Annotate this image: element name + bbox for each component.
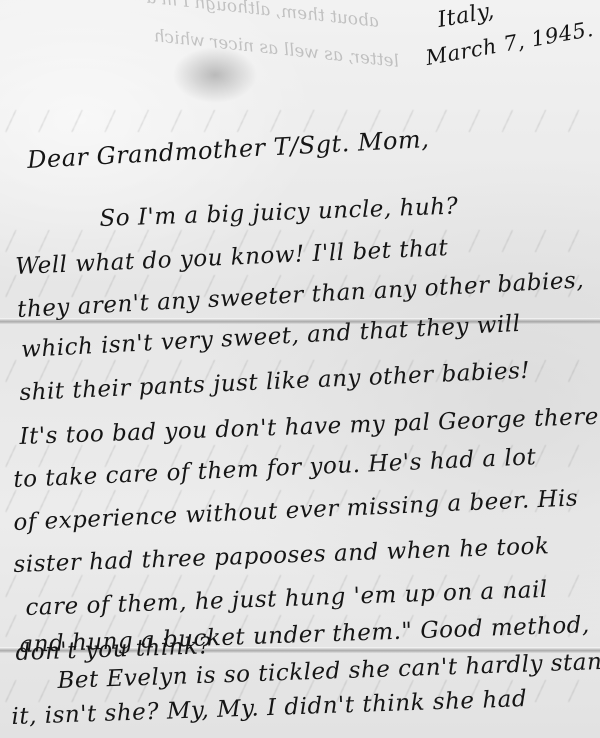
letter-line: sister had three papooses and when he to…	[13, 533, 550, 578]
letter-place: Italy,	[436, 0, 497, 33]
letter-line: It's too bad you don't have my pal Georg…	[19, 404, 599, 450]
letter-line: shit their pants just like any other bab…	[19, 358, 531, 406]
letter-line: care of them, he just hung 'em up on a n…	[25, 577, 548, 621]
letter-line: don't you think?	[15, 633, 212, 666]
bleed-through-text: about them, although I'm a	[145, 0, 380, 32]
letter-line: Well what do you know! I'll bet that	[15, 235, 449, 280]
bleed-through-strokes	[0, 110, 600, 132]
letter-line: to take care of them for you. He's had a…	[13, 444, 537, 493]
letter-line: So I'm a big juicy uncle, huh?	[99, 193, 459, 232]
letter-page: about them, although I'm a letter, as we…	[0, 0, 600, 738]
bleed-through-text: letter, as well as nicer which	[153, 26, 400, 72]
letter-line: of experience without ever missing a bee…	[13, 485, 579, 536]
letter-salutation: Dear Grandmother T/Sgt. Mom,	[27, 125, 430, 174]
